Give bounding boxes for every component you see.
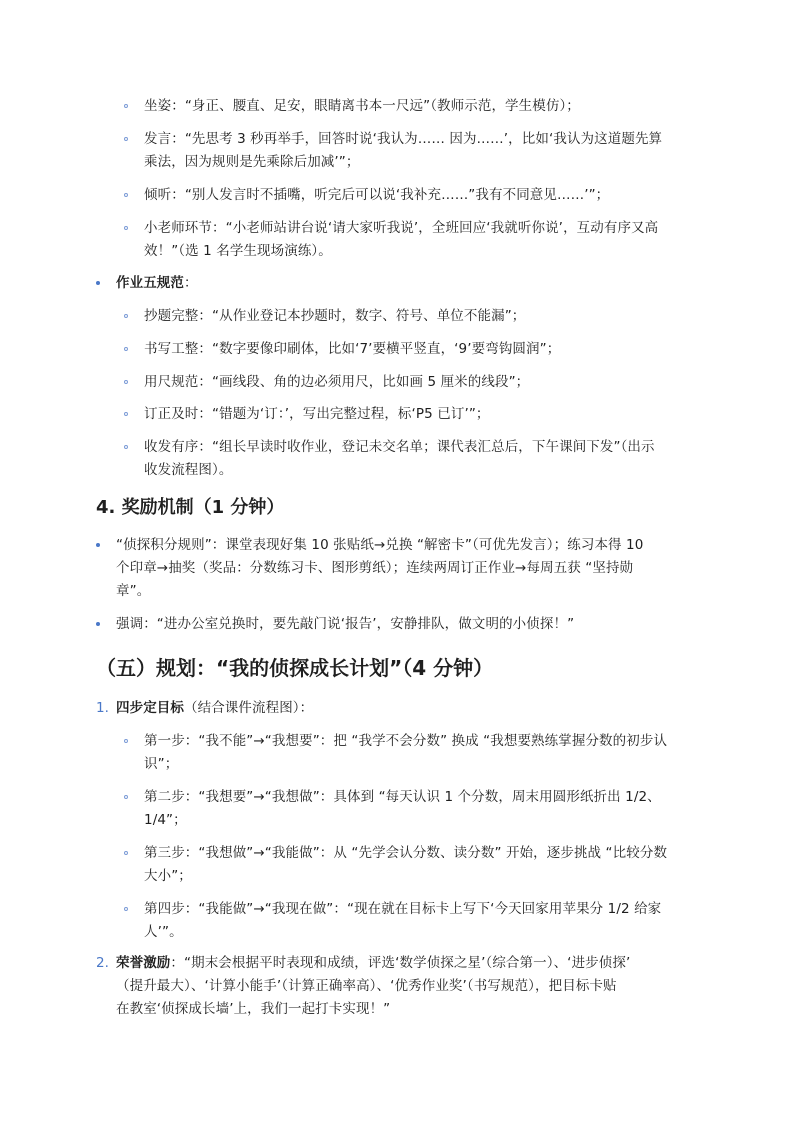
bullet-icon bbox=[96, 543, 100, 547]
bullet-icon bbox=[96, 622, 100, 626]
document-page: 坐姿：“身正、腰直、足安，眼睛离书本一尺远”（教师示范，学生模仿）； 发言：“先… bbox=[0, 0, 793, 1122]
plan-item-four-steps: 四步定目标（结合课件流程图）： bbox=[116, 698, 313, 718]
sub-bullet-icon bbox=[124, 347, 128, 351]
plan-item-honors: 荣誉激励：“期末会根据平时表现和成绩，评选‘数学侦探之星’（综合第一）、‘进步侦… bbox=[116, 953, 630, 973]
list-item-sitting: 坐姿：“身正、腰直、足安，眼睛离书本一尺远”（教师示范，学生模仿）； bbox=[144, 96, 580, 116]
list-item-collect: 收发有序：“组长早读时收作业，登记未交名单；课代表汇总后，下午课间下发”（出示 bbox=[144, 437, 655, 457]
step-two-cont: 1/4”； bbox=[144, 810, 187, 830]
sub-bullet-icon bbox=[124, 739, 128, 743]
sub-bullet-icon bbox=[124, 795, 128, 799]
list-item-points-rule: “侦探积分规则”：课堂表现好集 10 张贴纸→兑换 “解密卡”（可优先发言）；练… bbox=[116, 535, 643, 555]
step-three-cont: 大小”； bbox=[144, 866, 192, 886]
list-item-ruler: 用尺规范：“画线段、角的边必须用尺，比如画 5 厘米的线段”； bbox=[144, 372, 529, 392]
plan-item-honors-cont: 在教室‘侦探成长墙’上，我们一起打卡实现！” bbox=[116, 999, 390, 1019]
step-one-cont: 识”； bbox=[144, 754, 178, 774]
list-item-collect-cont: 收发流程图）。 bbox=[144, 460, 232, 480]
sub-bullet-icon bbox=[124, 104, 128, 108]
step-one: 第一步：“我不能”→“我想要”：把 “我学不会分数” 换成 “我想要熟练掌握分数… bbox=[144, 731, 667, 751]
homework-heading: 作业五规范： bbox=[116, 273, 198, 293]
list-item-speaking-cont: 乘法，因为规则是先乘除后加减’”； bbox=[144, 152, 360, 172]
sub-bullet-icon bbox=[124, 380, 128, 384]
list-item-writing: 书写工整：“数字要像印刷体，比如‘7’要横平竖直，‘9’要弯钩圆润”； bbox=[144, 339, 560, 359]
sub-bullet-icon bbox=[124, 907, 128, 911]
list-item-points-rule-cont: 章”。 bbox=[116, 581, 150, 601]
list-item-correction: 订正及时：“错题为‘订：’，写出完整过程，标‘P5 已订’”； bbox=[144, 404, 490, 424]
list-item-listening: 倾听：“别人发言时不插嘴，听完后可以说‘我补充……”我有不同意见……’”； bbox=[144, 185, 609, 205]
step-three: 第三步：“我想做”→“我能做”：从 “先学会认分数、读分数” 开始，逐步挑战 “… bbox=[144, 843, 667, 863]
sub-bullet-icon bbox=[124, 193, 128, 197]
list-item-little-teacher: 小老师环节：“小老师站讲台说‘请大家听我说’，全班回应‘我就听你说’，互动有序又… bbox=[144, 218, 658, 238]
step-four-cont: 人’”。 bbox=[144, 922, 183, 942]
list-item-speaking: 发言：“先思考 3 秒再举手，回答时说‘我认为…… 因为……’，比如‘我认为这道… bbox=[144, 129, 662, 149]
sub-bullet-icon bbox=[124, 226, 128, 230]
bullet-icon bbox=[96, 281, 100, 285]
sub-bullet-icon bbox=[124, 412, 128, 416]
sub-bullet-icon bbox=[124, 445, 128, 449]
step-four: 第四步：“我能做”→“我现在做”：“现在就在目标卡上写下‘今天回家用苹果分 1/… bbox=[144, 899, 661, 919]
section-heading-rewards: 4. 奖励机制（1 分钟） bbox=[96, 495, 284, 521]
plan-item-honors-cont: （提升最大）、‘计算小能手’（计算正确率高）、‘优秀作业奖’（书写规范），把目标… bbox=[116, 976, 617, 996]
list-item-little-teacher-cont: 效！”（选 1 名学生现场演练）。 bbox=[144, 241, 332, 261]
step-two: 第二步：“我想要”→“我想做”：具体到 “每天认识 1 个分数，周末用圆形纸折出… bbox=[144, 787, 661, 807]
sub-bullet-icon bbox=[124, 851, 128, 855]
list-item-emphasis: 强调：“进办公室兑换时，要先敲门说‘报告’，安静排队，做文明的小侦探！” bbox=[116, 614, 574, 634]
list-number: 1. bbox=[96, 698, 109, 718]
list-item-points-rule-cont: 个印章→抽奖（奖品：分数练习卡、图形剪纸）；连续两周订正作业→每周五获 “坚持勋 bbox=[116, 558, 633, 578]
sub-bullet-icon bbox=[124, 314, 128, 318]
section-heading-plan: （五）规划：“我的侦探成长计划”（4 分钟） bbox=[96, 654, 493, 682]
sub-bullet-icon bbox=[124, 137, 128, 141]
list-number: 2. bbox=[96, 953, 109, 973]
list-item-copy: 抄题完整：“从作业登记本抄题时，数字、符号、单位不能漏”； bbox=[144, 306, 525, 326]
